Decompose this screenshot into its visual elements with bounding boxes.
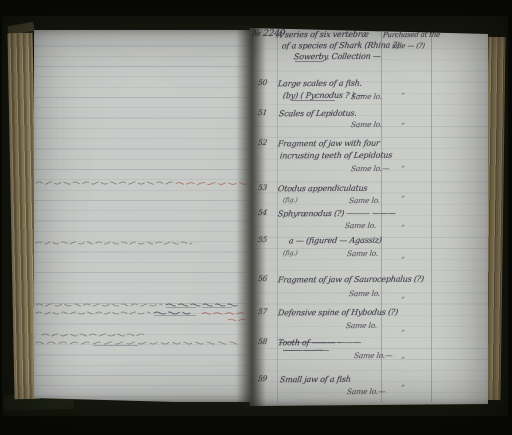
pencil-annotation-3a	[36, 304, 162, 306]
same-locality: Same lo.—	[350, 164, 389, 173]
entry-line: Scales of Lepidotus.	[278, 109, 357, 119]
same-locality: Same lo.	[350, 92, 382, 101]
ink-annotation-3b	[154, 312, 190, 314]
pencil-annotation-1	[36, 182, 174, 184]
figure-mark: (fig.)	[283, 249, 299, 257]
same-locality: Same lo.—	[353, 351, 392, 360]
entry-number: 54	[257, 208, 267, 217]
same-locality: Same lo.	[344, 221, 376, 230]
entry-number: 56	[257, 274, 267, 283]
entry-number: 59	[257, 374, 267, 383]
pencil-annotation-4a	[42, 334, 144, 336]
same-locality: Same lo.—	[346, 387, 385, 396]
pencil-annotation-2	[36, 242, 192, 244]
underline	[295, 61, 323, 62]
entry-number: 52	[257, 138, 267, 147]
pencil-annotation-3b	[36, 312, 150, 314]
entry-line: A series of six vertebræ	[276, 30, 369, 40]
entry-line: incrusting teeth of Lepidotus	[279, 151, 392, 161]
entry-line: of a species of Shark (Rhina ?)	[281, 41, 400, 51]
entry-line: Small jaw of a fish	[279, 375, 351, 384]
entry-line: Sphyrænodus (?) ——— ———	[277, 209, 396, 219]
ink-annotation-3a	[166, 304, 238, 306]
entry-line: Large scales of a fish.	[277, 79, 362, 89]
entry-number: 55	[257, 235, 267, 244]
column-rule-2	[431, 32, 432, 402]
same-locality: Same lo.	[350, 120, 382, 129]
entry-line: Sowerby. Collection —	[293, 52, 381, 62]
red-annotation-3b	[202, 313, 244, 315]
right-page: № 2249 A series of six vertebræ of a spe…	[250, 28, 488, 406]
entry-number: 58	[257, 337, 267, 346]
underline	[291, 100, 335, 101]
same-locality: Same lo.	[348, 196, 380, 205]
entry-line: Fragment of jaw with four	[277, 139, 380, 149]
figure-mark: (fig.)	[283, 196, 299, 204]
underline	[283, 350, 329, 351]
entry-number: 57	[257, 307, 267, 316]
red-annotation-3c	[228, 319, 246, 321]
pencil-annotation-4b	[36, 342, 240, 344]
entry-line: Defensive spine of Hybodus (?)	[277, 308, 398, 318]
pencil-annotations	[34, 30, 250, 402]
entry-number: 53	[257, 183, 267, 192]
entry-line: Fragment of jaw of Saurocephalus (?)	[277, 274, 424, 284]
entry-line: Otodus appendiculatus	[277, 184, 367, 194]
red-annotation-1	[176, 183, 248, 185]
entry-line: a — (figured — Agassiz)	[288, 236, 382, 246]
register-photo: № 2249 A series of six vertebræ of a spe…	[0, 0, 512, 435]
entry-number: 51	[257, 108, 267, 117]
same-locality: Same lo.	[346, 249, 378, 258]
same-locality: Same lo.	[345, 321, 377, 330]
acquisition-note: sale — (?)	[392, 42, 426, 50]
same-locality: Same lo.	[348, 289, 380, 298]
entry-number: 50	[257, 78, 267, 87]
strike-through	[279, 342, 341, 343]
